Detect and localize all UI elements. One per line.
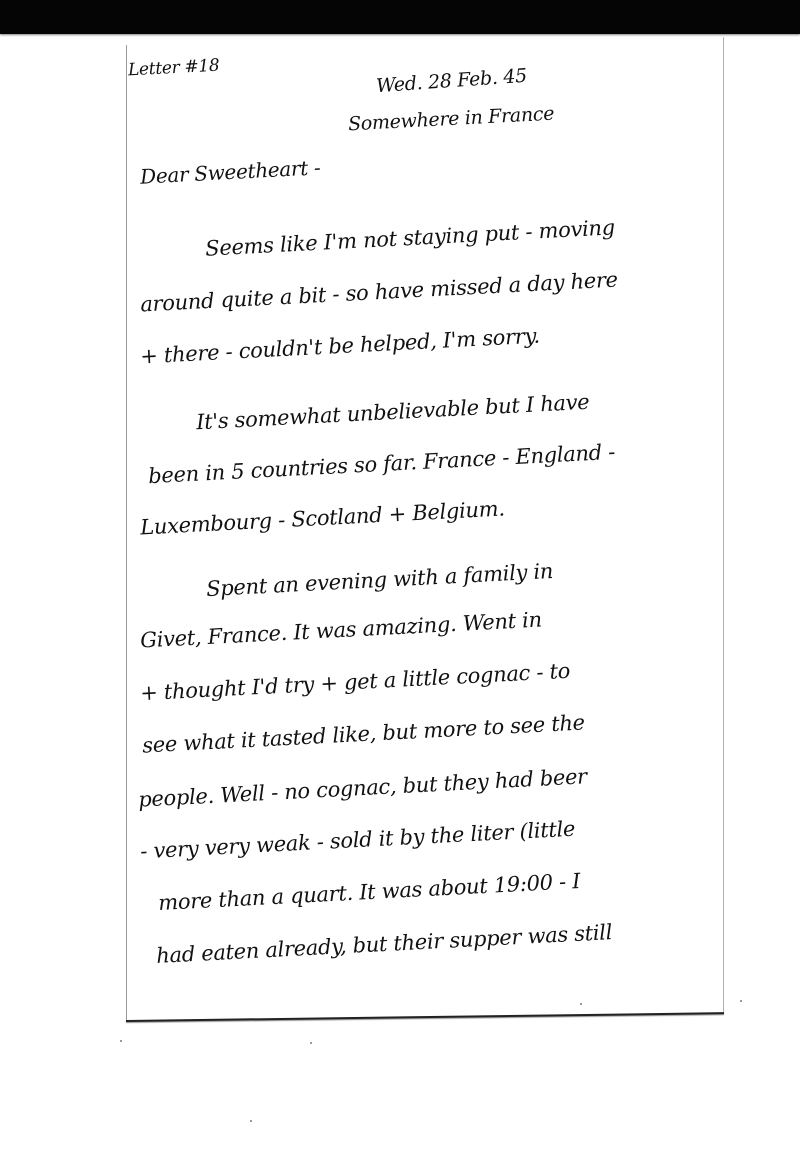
scanner-black-band [0, 0, 800, 34]
